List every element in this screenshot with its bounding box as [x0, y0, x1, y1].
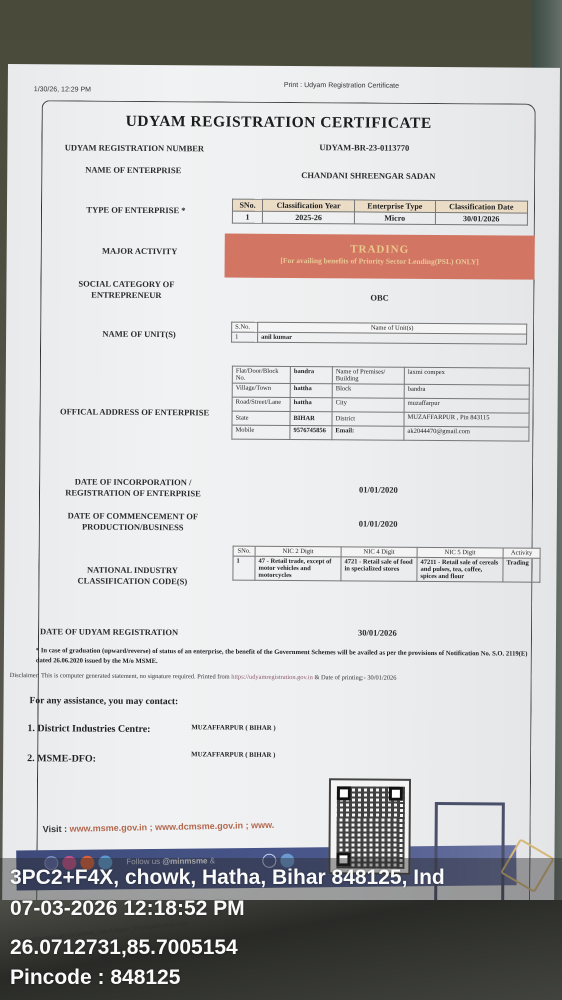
- major-activity-note: [For availing benefits of Priority Secto…: [225, 256, 535, 267]
- date-udyam-registration-label: DATE OF UDYAM REGISTRATION: [40, 626, 220, 638]
- geotag-pincode: Pincode : 848125: [10, 966, 180, 990]
- major-activity-box: TRADING [For availing benefits of Priori…: [225, 234, 535, 280]
- cell-value: 9576745856: [290, 425, 332, 439]
- date-incorporation-label-line1: DATE OF INCORPORATION /: [53, 476, 213, 488]
- nic-codes-label: NATIONAL INDUSTRY CLASSIFICATION CODE(S): [62, 564, 202, 586]
- cell-label: Email:: [332, 426, 404, 441]
- cell-classification-date: 30/01/2026: [435, 212, 528, 225]
- header-activity: Activity: [503, 548, 540, 558]
- contact-msme-dfo-label: 2. MSME-DFO:: [27, 753, 96, 764]
- nic-codes-label-line2: CLASSIFICATION CODE(S): [62, 575, 202, 587]
- cell-enterprise-type: Micro: [355, 212, 436, 225]
- date-incorporation-label: DATE OF INCORPORATION / REGISTRATION OF …: [53, 476, 213, 498]
- cell-label: City: [332, 398, 404, 413]
- date-udyam-registration-value: 30/01/2026: [358, 627, 397, 637]
- cell-value: MUZAFFARPUR , Pin 843115: [404, 412, 529, 427]
- date-commencement-label-line2: PRODUCTION/BUSINESS: [53, 521, 213, 533]
- nic-table: SNo. NIC 2 Digit NIC 4 Digit NIC 5 Digit…: [232, 546, 540, 583]
- cell-label: State: [232, 411, 290, 425]
- cell-label: Mobile: [232, 425, 290, 439]
- table-row: 1 anil kumar: [232, 332, 527, 344]
- cell-label: Name of Premises/ Building: [332, 367, 404, 385]
- contact-heading: For any assistance, you may contact:: [30, 696, 179, 707]
- geotag-coordinates: 26.0712731,85.7005154: [10, 936, 238, 960]
- unit-names-label: NAME OF UNIT(S): [84, 329, 194, 340]
- certificate-title: UDYAM REGISTRATION CERTIFICATE: [126, 113, 432, 133]
- registration-number-value: UDYAM-BR-23-0113770: [319, 142, 409, 153]
- cell-value: laxmi compex: [404, 367, 529, 385]
- registration-number-label: UDYAM REGISTRATION NUMBER: [59, 142, 209, 154]
- table-row: 1 2025-26 Micro 30/01/2026: [232, 211, 527, 225]
- header-enterprise-type: Enterprise Type: [355, 200, 436, 213]
- header-sno: SNo.: [232, 199, 262, 211]
- enterprise-name-value: CHANDANI SHREENGAR SADAN: [301, 170, 435, 181]
- cell-value: muzaffarpur: [404, 398, 529, 413]
- social-category-value: OBC: [370, 293, 388, 303]
- cell-sno: 1: [233, 556, 255, 580]
- social-category-label-line1: SOCIAL CATEGORY OF: [66, 278, 186, 289]
- cell-classification-year: 2025-26: [263, 211, 355, 224]
- header-nic-5-digit: NIC 5 Digit: [417, 547, 503, 558]
- major-activity-value: TRADING: [225, 243, 535, 257]
- cell-label: Flat/Door/Block No.: [232, 366, 290, 383]
- cell-nic-2-digit: 47 - Retail trade, except of motor vehic…: [255, 556, 341, 581]
- header-sno: SNo.: [233, 546, 255, 556]
- classification-table: SNo. Classification Year Enterprise Type…: [232, 199, 528, 226]
- table-row: Flat/Door/Block No. bandra Name of Premi…: [232, 366, 529, 385]
- disclaimer-print-date: & Date of printing:- 30/01/2026: [313, 674, 397, 682]
- cell-unit-name: anil kumar: [258, 332, 527, 344]
- header-classification-date: Classification Date: [435, 200, 528, 213]
- cell-value: BIHAR: [290, 411, 332, 425]
- contact-dic-value: MUZAFFARPUR ( BIHAR ): [191, 724, 275, 732]
- print-title: Print : Udyam Registration Certificate: [284, 82, 399, 90]
- date-commencement-label-line1: DATE OF COMMENCEMENT OF: [53, 510, 213, 522]
- footnote: * In case of graduation (upward/reverse)…: [36, 646, 536, 669]
- date-incorporation-value: 01/01/2020: [359, 484, 398, 494]
- enterprise-name-label: NAME OF ENTERPRISE: [73, 164, 193, 175]
- contact-msme-dfo-value: MUZAFFARPUR ( BIHAR ): [191, 751, 275, 759]
- geotag-address: 3PC2+F4X, chowk, Hatha, Bihar 848125, In…: [10, 866, 445, 890]
- print-timestamp: 1/30/26, 12:29 PM: [34, 86, 91, 93]
- table-row: 1 47 - Retail trade, except of motor veh…: [233, 556, 540, 582]
- date-commencement-value: 01/01/2020: [359, 518, 398, 528]
- cell-label: Road/Street/Lane: [232, 397, 290, 411]
- unit-table: S.No. Name of Unit(s) 1 anil kumar: [231, 322, 527, 345]
- contact-dic-label: 1. District Industries Centre:: [27, 723, 150, 735]
- disclaimer-link[interactable]: https://udyamregistration.gov.in: [231, 674, 313, 682]
- social-category-label-line2: ENTREPRENEUR: [66, 289, 186, 300]
- type-of-enterprise-label: TYPE OF ENTERPRISE *: [71, 204, 201, 216]
- cell-label: Village/Town: [232, 383, 290, 397]
- cell-nic-5-digit: 47211 - Retail sale of cereals and pulse…: [417, 557, 503, 582]
- cell-value: hattha: [290, 397, 332, 411]
- cell-sno: 1: [232, 332, 258, 342]
- address-table: Flat/Door/Block No. bandra Name of Premi…: [231, 366, 530, 442]
- date-commencement-label: DATE OF COMMENCEMENT OF PRODUCTION/BUSIN…: [53, 510, 213, 532]
- cell-sno: 1: [232, 211, 262, 223]
- geotag-datetime: 07-03-2026 12:18:52 PM: [10, 897, 245, 921]
- header-nic-2-digit: NIC 2 Digit: [255, 546, 341, 557]
- cell-value: ak2044470@gmail.com: [404, 426, 529, 441]
- certificate-paper: 1/30/26, 12:29 PM Print : Udyam Registra…: [2, 64, 560, 968]
- header-classification-year: Classification Year: [263, 199, 355, 212]
- visit-label: Visit :: [43, 824, 70, 835]
- header-nic-4-digit: NIC 4 Digit: [341, 547, 417, 558]
- geotag-overlay: 3PC2+F4X, chowk, Hatha, Bihar 848125, In…: [0, 858, 562, 1000]
- table-row: Mobile 9576745856 Email: ak2044470@gmail…: [232, 425, 529, 441]
- cell-nic-4-digit: 4721 - Retail sale of food in specialize…: [341, 557, 417, 582]
- header-sno: S.No.: [232, 322, 258, 332]
- qr-finder: [337, 786, 351, 800]
- cell-value: hattha: [290, 383, 332, 397]
- date-incorporation-label-line2: REGISTRATION OF ENTERPRISE: [53, 487, 213, 499]
- social-category-label: SOCIAL CATEGORY OF ENTREPRENEUR: [66, 278, 186, 300]
- cell-label: District: [332, 412, 404, 427]
- qr-finder: [389, 787, 403, 801]
- cell-value: bandra: [404, 384, 529, 399]
- cell-value: bandra: [290, 366, 332, 383]
- official-address-label: OFFICAL ADDRESS OF ENTERPRISE: [40, 406, 230, 418]
- cell-activity: Trading: [503, 558, 540, 582]
- major-activity-label: MAJOR ACTIVITY: [85, 246, 195, 257]
- cell-label: Block: [332, 384, 404, 399]
